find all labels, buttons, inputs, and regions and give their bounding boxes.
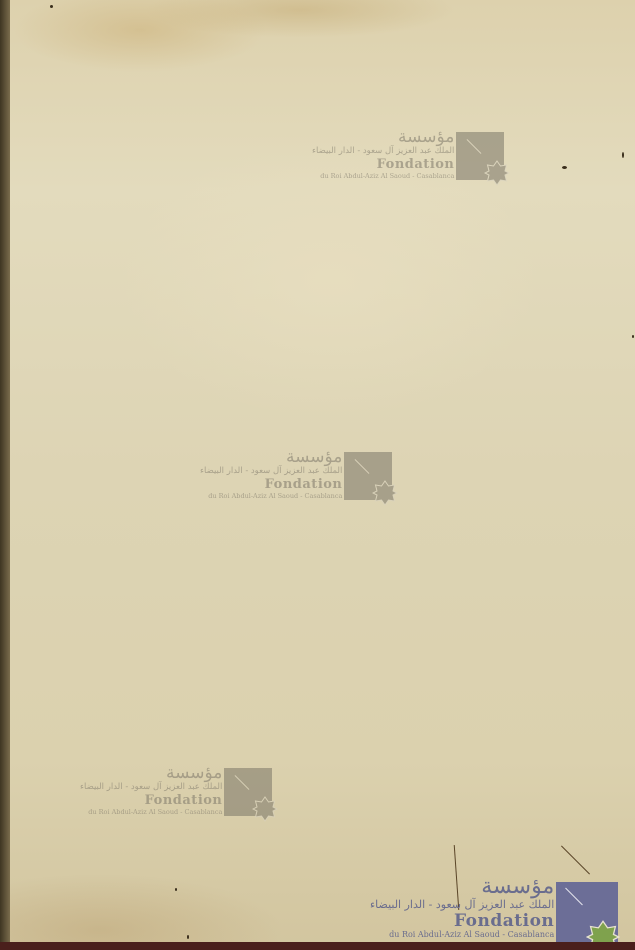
watermark-french-subtitle: du Roi Abdul-Aziz Al Saoud - Casablanca xyxy=(88,808,222,817)
page-spine-shadow xyxy=(0,0,10,950)
ink-speck xyxy=(622,152,624,158)
foundation-logo-icon xyxy=(224,768,272,816)
ink-speck xyxy=(50,5,53,8)
watermark-arabic-subtitle: الملك عبد العزيز آل سعود - الدار البيضاء xyxy=(80,782,222,793)
foundation-watermark: مؤسسة الملك عبد العزيز آل سعود - الدار ا… xyxy=(200,448,392,501)
ink-speck xyxy=(562,166,567,169)
watermark-arabic-subtitle: الملك عبد العزيز آل سعود - الدار البيضاء xyxy=(200,466,342,477)
watermark-french-title: Fondation xyxy=(454,912,554,930)
watermark-french-subtitle: du Roi Abdul-Aziz Al Saoud - Casablanca xyxy=(320,172,454,181)
foundation-watermark-color: مؤسسة الملك عبد العزيز آل سعود - الدار ا… xyxy=(370,876,618,944)
watermark-french-title: Fondation xyxy=(377,157,455,172)
paper-crack xyxy=(561,846,590,875)
watermark-french-title: Fondation xyxy=(265,477,343,492)
watermark-arabic-title: مؤسسة xyxy=(286,448,342,466)
page-bottom-edge xyxy=(0,942,635,950)
foundation-watermark: مؤسسة الملك عبد العزيز آل سعود - الدار ا… xyxy=(80,764,272,817)
watermark-arabic-title: مؤسسة xyxy=(481,876,554,898)
watermark-french-title: Fondation xyxy=(145,793,223,808)
foundation-logo-icon xyxy=(456,132,504,180)
foundation-logo-icon xyxy=(556,882,618,944)
manuscript-page: مؤسسة الملك عبد العزيز آل سعود - الدار ا… xyxy=(0,0,635,950)
watermark-arabic-title: مؤسسة xyxy=(398,128,454,146)
watermark-arabic-title: مؤسسة xyxy=(166,764,222,782)
watermark-french-subtitle: du Roi Abdul-Aziz Al Saoud - Casablanca xyxy=(389,930,554,939)
watermark-arabic-subtitle: الملك عبد العزيز آل سعود - الدار البيضاء xyxy=(312,146,454,157)
ink-speck xyxy=(632,335,634,338)
watermark-arabic-subtitle: الملك عبد العزيز آل سعود - الدار البيضاء xyxy=(370,898,554,912)
foundation-logo-icon xyxy=(344,452,392,500)
watermark-french-subtitle: du Roi Abdul-Aziz Al Saoud - Casablanca xyxy=(208,492,342,501)
ink-speck xyxy=(187,935,189,939)
foundation-watermark: مؤسسة الملك عبد العزيز آل سعود - الدار ا… xyxy=(312,128,504,181)
ink-speck xyxy=(175,888,177,891)
